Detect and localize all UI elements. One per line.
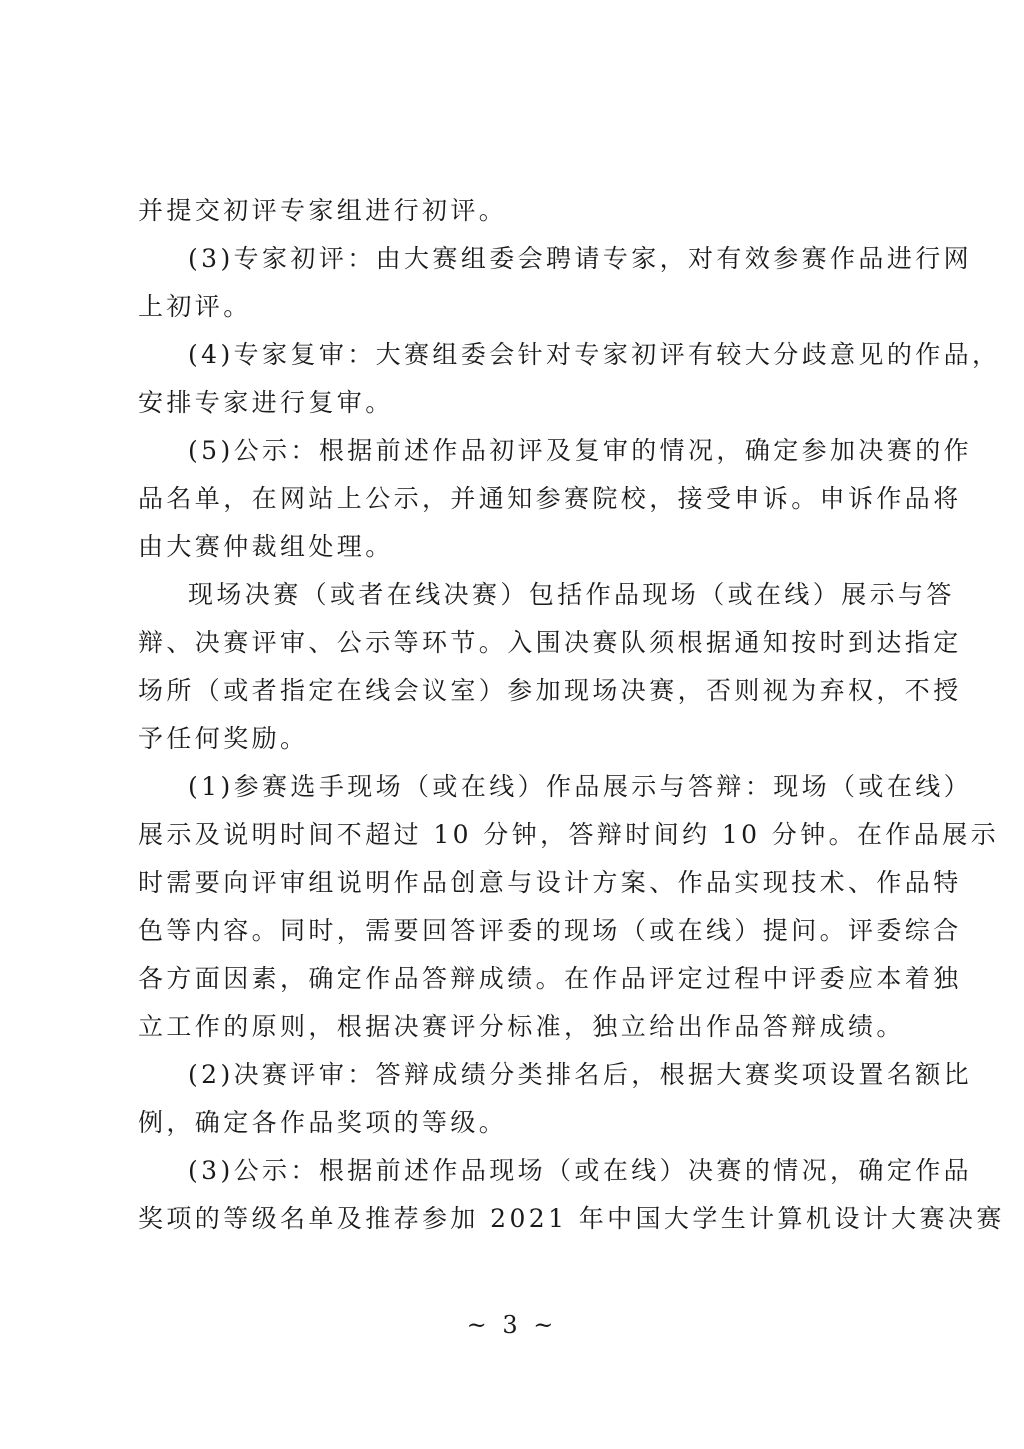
text-line: 由大赛仲裁组处理。 (138, 523, 898, 571)
text-line: 辩、决赛评审、公示等环节。入围决赛队须根据通知按时到达指定 (138, 619, 898, 667)
text-line: 品名单，在网站上公示，并通知参赛院校，接受申诉。申诉作品将 (138, 475, 898, 523)
text-line: (3)公示：根据前述作品现场（或在线）决赛的情况，确定作品 (138, 1147, 898, 1195)
text-line: (5)公示：根据前述作品初评及复审的情况，确定参加决赛的作 (138, 427, 898, 475)
text-line: 展示及说明时间不超过 10 分钟，答辩时间约 10 分钟。在作品展示 (138, 811, 898, 859)
text-line: (2)决赛评审：答辩成绩分类排名后，根据大赛奖项设置名额比 (138, 1051, 898, 1099)
text-line: (1)参赛选手现场（或在线）作品展示与答辩：现场（或在线） (138, 763, 898, 811)
document-body: 并提交初评专家组进行初评。 (3)专家初评：由大赛组委会聘请专家，对有效参赛作品… (138, 187, 898, 1243)
text-line: 现场决赛（或者在线决赛）包括作品现场（或在线）展示与答 (138, 571, 898, 619)
text-line: (4)专家复审：大赛组委会针对专家初评有较大分歧意见的作品， (138, 331, 898, 379)
text-line: 上初评。 (138, 283, 898, 331)
text-line: 色等内容。同时，需要回答评委的现场（或在线）提问。评委综合 (138, 907, 898, 955)
text-line: 安排专家进行复审。 (138, 379, 898, 427)
text-line: 时需要向评审组说明作品创意与设计方案、作品实现技术、作品特 (138, 859, 898, 907)
text-line: 予任何奖励。 (138, 715, 898, 763)
page-number: ~ 3 ~ (0, 1305, 1024, 1345)
text-line: (3)专家初评：由大赛组委会聘请专家，对有效参赛作品进行网 (138, 235, 898, 283)
text-line: 场所（或者指定在线会议室）参加现场决赛，否则视为弃权，不授 (138, 667, 898, 715)
text-line: 例，确定各作品奖项的等级。 (138, 1099, 898, 1147)
document-page: 并提交初评专家组进行初评。 (3)专家初评：由大赛组委会聘请专家，对有效参赛作品… (0, 0, 1024, 1449)
text-line: 并提交初评专家组进行初评。 (138, 187, 898, 235)
text-line: 立工作的原则，根据决赛评分标准，独立给出作品答辩成绩。 (138, 1003, 898, 1051)
text-line: 奖项的等级名单及推荐参加 2021 年中国大学生计算机设计大赛决赛 (138, 1195, 898, 1243)
text-line: 各方面因素，确定作品答辩成绩。在作品评定过程中评委应本着独 (138, 955, 898, 1003)
